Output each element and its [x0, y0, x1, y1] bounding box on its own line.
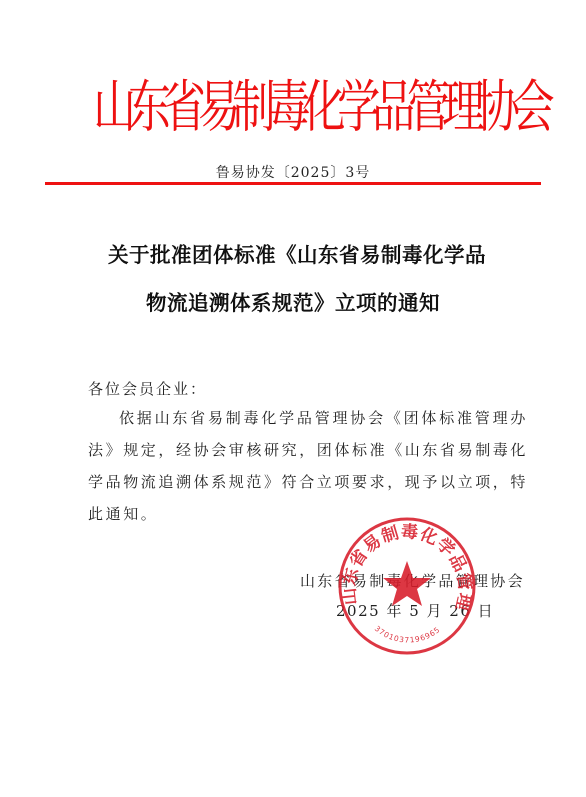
seal-ring-text: 山东省易制毒化学品管理协会 [336, 515, 476, 613]
svg-text:山东省易制毒化学品管理协会: 山东省易制毒化学品管理协会 [336, 515, 476, 613]
body-paragraph: 依据山东省易制毒化学品管理协会《团体标准管理办法》规定，经协会审核研究，团体标准… [88, 402, 528, 530]
svg-text:3701037196965: 3701037196965 [373, 624, 442, 645]
masthead-title: 山东省易制毒化学品管理协会 [93, 67, 516, 149]
notice-title-line-2: 物流追溯体系规范》立项的通知 [0, 286, 586, 316]
official-seal-icon: 山东省易制毒化学品管理协会 3701037196965 [336, 515, 478, 657]
red-divider-rule [45, 182, 541, 185]
salutation: 各位会员企业： [88, 378, 207, 399]
document-number: 鲁易协发〔2025〕3号 [0, 162, 586, 182]
masthead-org-name: 山东省易制毒化学品管理协会 [93, 76, 525, 140]
seal-serial: 3701037196965 [373, 624, 442, 645]
notice-title-line-1: 关于批准团体标准《山东省易制毒化学品 [4, 238, 586, 268]
